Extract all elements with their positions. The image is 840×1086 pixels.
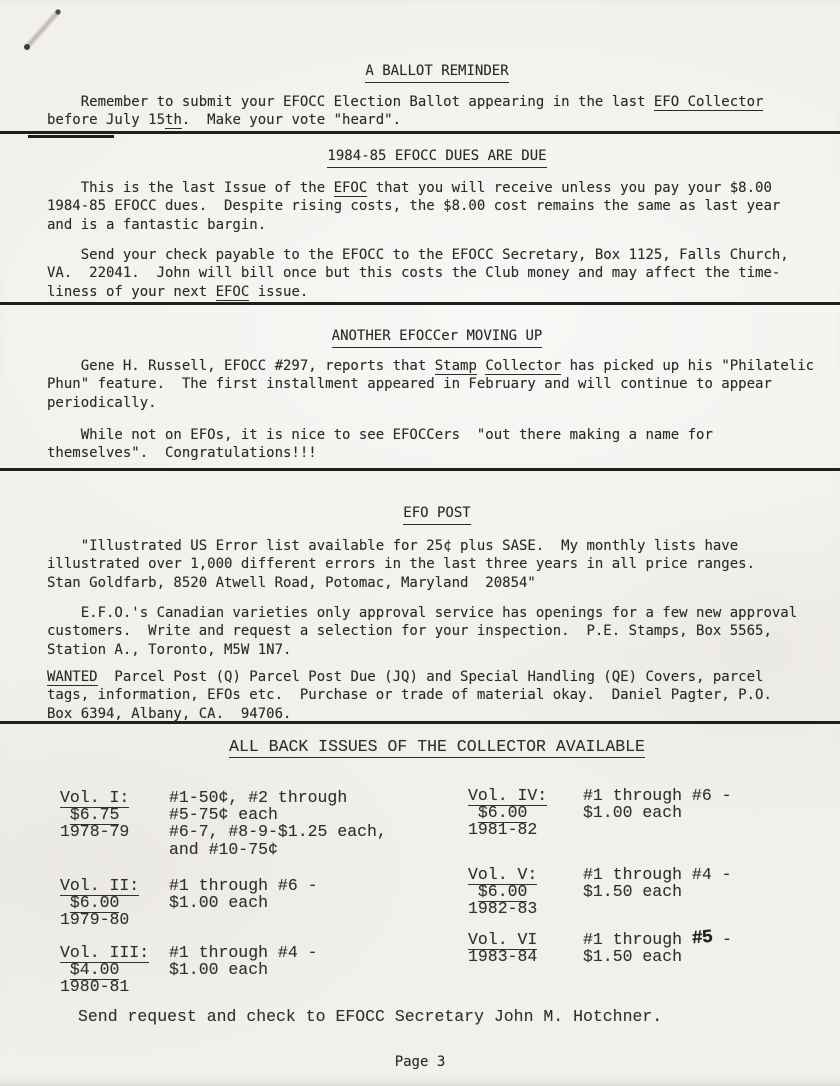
section-heading-moving-up: ANOTHER EFOCCer MOVING UP [47,327,827,348]
section-heading-back-issues: ALL BACK ISSUES OF THE COLLECTOR AVAILAB… [47,738,827,758]
vol-5-label: Vol. V: $6.001982-83 [468,866,537,918]
moving-up-paragraph-2: While not on EFOs, it is nice to see EFO… [47,426,713,463]
vol-6-prices: #1 through #5 -$1.50 each [583,931,732,965]
efo-post-wanted-paragraph: WANTED Parcel Post (Q) Parcel Post Due (… [47,668,772,723]
vol-2-prices: #1 through #6 -$1.00 each [169,877,318,911]
newsletter-page: A BALLOT REMINDER Remember to submit you… [0,0,840,1086]
section-divider [0,721,840,724]
moving-up-paragraph-1: Gene H. Russell, EFOCC #297, reports tha… [47,357,814,412]
section-divider [0,302,840,305]
vol-3-label: Vol. III: $4.001980-81 [60,944,149,996]
dues-paragraph-1: This is the last Issue of the EFOC that … [47,179,780,234]
section-divider [0,468,840,471]
vol-2-label: Vol. II: $6.001979-80 [60,877,139,929]
page-number: Page 3 [0,1053,840,1071]
back-issues-footer: Send request and check to EFOCC Secretar… [78,1008,662,1025]
section-divider [0,131,840,134]
section-heading-efo-post: EFO POST [47,504,827,525]
dues-paragraph-2: Send your check payable to the EFOCC to … [47,246,789,301]
vol-3-prices: #1 through #4 -$1.00 each [169,944,318,978]
vol-5-prices: #1 through #4 -$1.50 each [583,866,732,900]
efo-post-paragraph-1: "Illustrated US Error list available for… [47,537,755,592]
ballot-reminder-paragraph: Remember to submit your EFOCC Election B… [47,93,763,130]
section-heading-dues: 1984-85 EFOCC DUES ARE DUE [47,147,827,168]
vol-1-label: Vol. I: $6.751978-79 [60,789,129,841]
section-heading-ballot-reminder: A BALLOT REMINDER [47,62,827,83]
staple-mark-icon [8,2,78,62]
section-divider-scuff [28,135,114,138]
vol-4-label: Vol. IV: $6.001981-82 [468,787,547,839]
vol-6-label: Vol. VI1983-84 [468,931,537,965]
vol-1-prices: #1-50¢, #2 through#5-75¢ each#6-7, #8-9-… [169,789,387,858]
efo-post-paragraph-2: E.F.O.'s Canadian varieties only approva… [47,604,797,659]
vol-4-prices: #1 through #6 -$1.00 each [583,787,732,821]
